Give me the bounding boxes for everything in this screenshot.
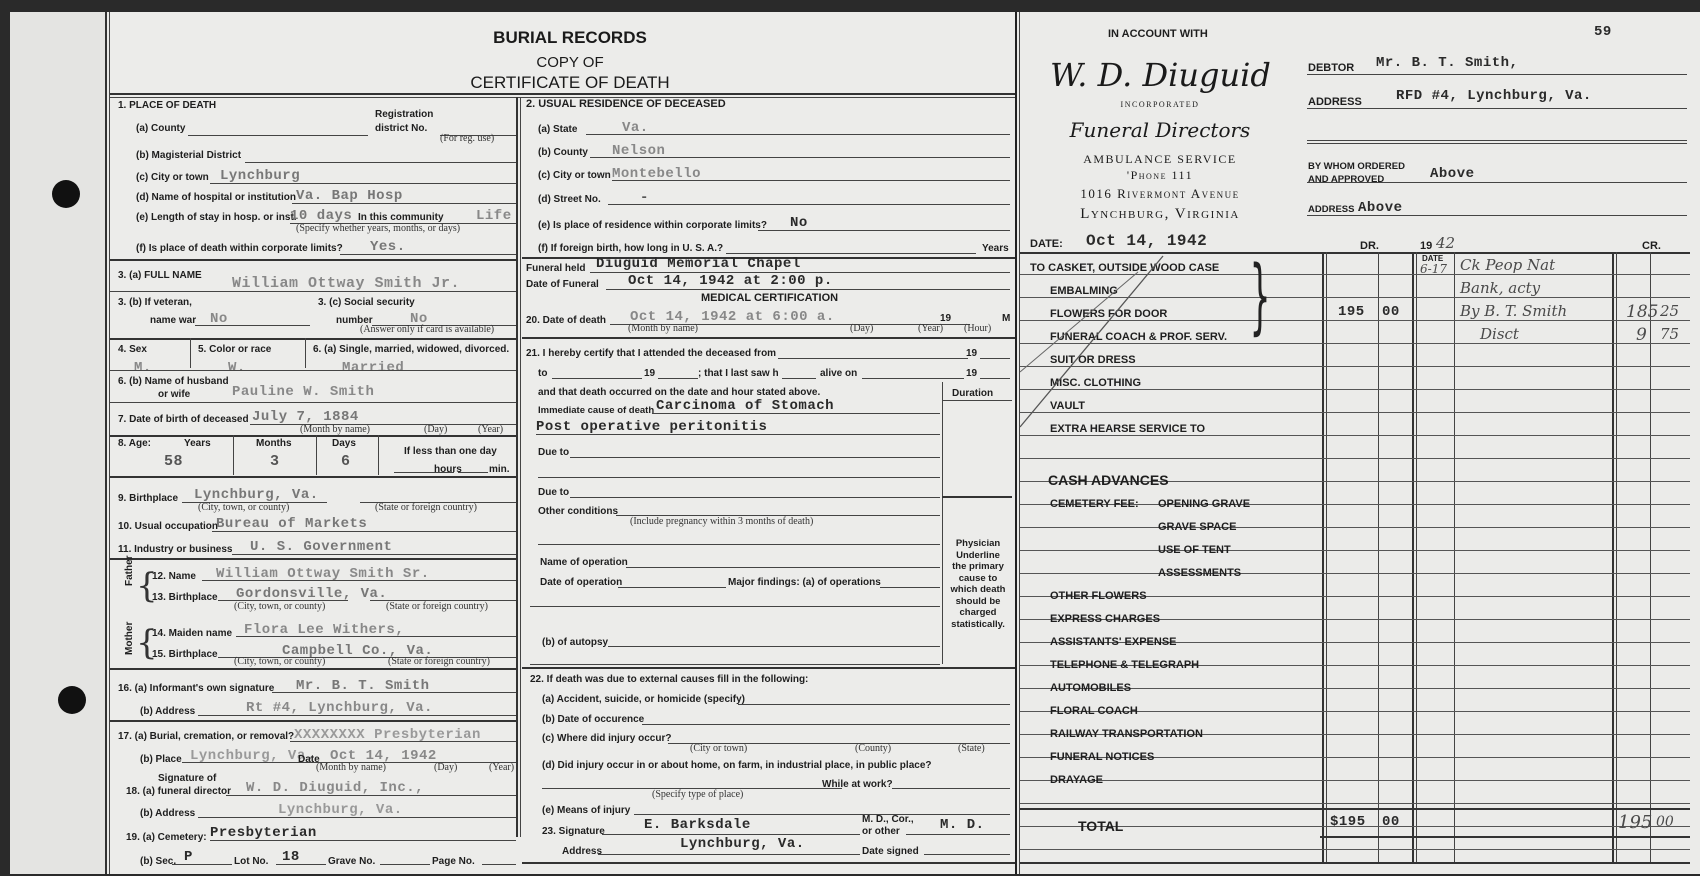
total-dollars: $195 <box>1330 814 1366 830</box>
cemetery-opening-grave: OPENING GRAVE <box>1158 498 1250 510</box>
cemetery-use-of-tent: USE OF TENT <box>1158 544 1231 556</box>
md-value: M. D. <box>940 817 985 833</box>
death-corporate-limits-value: Yes. <box>370 239 406 255</box>
occupation-value: Bureau of Markets <box>216 516 367 532</box>
cash-advances-heading: CASH ADVANCES <box>1048 472 1169 488</box>
copy-of-title: COPY OF <box>410 54 730 71</box>
race-value: W. <box>228 360 246 376</box>
industry-value: U. S. Government <box>250 539 392 555</box>
ordered-address-value: Above <box>1358 200 1403 216</box>
other-flowers: OTHER FLOWERS <box>1050 590 1147 602</box>
place-of-death-heading: 1. PLACE OF DEATH <box>118 100 216 111</box>
total-credit-cents: 00 <box>1656 814 1674 830</box>
total-cents: 00 <box>1382 814 1400 830</box>
funeral-date-value: Oct 14, 1942 at 2:00 p. <box>628 273 833 289</box>
credit-note-1: Ck Peop Nat <box>1460 256 1555 274</box>
debtor-address-value: RFD #4, Lynchburg, Va. <box>1396 88 1592 104</box>
physician-address-value: Lynchburg, Va. <box>680 836 805 852</box>
age-years-value: 58 <box>164 453 183 470</box>
express-charges: EXPRESS CHARGES <box>1050 613 1160 625</box>
credit-note-2: Bank, acty <box>1460 279 1540 297</box>
marital-status-value: Married <box>342 360 404 376</box>
punch-hole-bottom <box>58 686 86 714</box>
full-name-value: William Ottway Smith Jr. <box>232 275 460 292</box>
father-label: Father <box>124 555 135 586</box>
informant-address-value: Rt #4, Lynchburg, Va. <box>246 700 433 716</box>
credit-date-value: 6-17 <box>1420 262 1447 276</box>
grouping-brace: } <box>1250 256 1271 338</box>
strike-through-lines <box>1018 252 1168 432</box>
floral-coach: FLORAL COACH <box>1050 705 1138 717</box>
charge-cents: 00 <box>1382 304 1400 320</box>
certificate-title: CERTIFICATE OF DEATH <box>410 73 730 93</box>
lot-value: 18 <box>282 849 300 865</box>
physician-note: Physician Underline the primary cause to… <box>944 538 1012 630</box>
debtor-value: Mr. B. T. Smith, <box>1376 55 1518 71</box>
hospital-value: Va. Bap Hosp <box>296 188 403 204</box>
county-field[interactable] <box>188 135 368 136</box>
cemetery-value: Presbyterian <box>210 825 317 841</box>
binder-margin <box>10 12 105 874</box>
charge-dollars: 195 <box>1338 304 1365 320</box>
medical-certification-heading: MEDICAL CERTIFICATION <box>701 292 838 304</box>
credit-amount-1-dollars: 185 <box>1626 302 1658 322</box>
birthplace-value: Lynchburg, Va. <box>194 487 319 503</box>
telephone-telegraph: TELEPHONE & TELEGRAPH <box>1050 659 1199 671</box>
account-year-suffix: 42 <box>1436 234 1455 252</box>
section-value: P <box>184 849 193 865</box>
page-number: 59 <box>1594 24 1612 40</box>
secondary-cause-value: Post operative peritonitis <box>536 419 767 435</box>
funeral-place-value: Diuguid Memorial Chapel <box>596 256 801 272</box>
funeral-director-address-value: Lynchburg, Va. <box>278 802 403 818</box>
punch-hole-top <box>52 180 80 208</box>
cemetery-grave-space: GRAVE SPACE <box>1158 521 1236 533</box>
residence-heading: 2. USUAL RESIDENCE OF DECEASED <box>526 98 726 110</box>
railway-transportation: RAILWAY TRANSPORTATION <box>1050 728 1203 740</box>
external-causes-heading: 22. If death was due to external causes … <box>530 674 808 685</box>
community-value: Life <box>476 208 512 224</box>
funeral-director-value: W. D. Diuguid, Inc., <box>246 780 424 796</box>
automobiles: AUTOMOBILES <box>1050 682 1131 694</box>
credit-note-3: By B. T. Smith <box>1460 302 1567 320</box>
stay-length-value: 10 days <box>290 208 352 224</box>
total-credit: 195 <box>1618 812 1652 833</box>
date-of-birth-value: July 7, 1884 <box>252 409 359 425</box>
in-account-with: IN ACCOUNT WITH <box>1108 28 1208 40</box>
credit-amount-1-cents: 25 <box>1660 302 1679 320</box>
company-name: W. D. Diuguid <box>1050 56 1270 94</box>
account-date-value: Oct 14, 1942 <box>1086 232 1207 250</box>
physician-signature-value: E. Barksdale <box>644 817 751 833</box>
ordered-by-value: Above <box>1430 166 1475 182</box>
death-city-value: Lynchburg <box>220 168 300 184</box>
company-tagline: Funeral Directors <box>1060 118 1260 142</box>
spouse-value: Pauline W. Smith <box>232 384 374 400</box>
residence-corporate-limits-value: No <box>790 215 808 231</box>
credit-amount-2-cents: 75 <box>1660 325 1679 343</box>
age-months-value: 3 <box>270 453 280 470</box>
burial-records-title: BURIAL RECORDS <box>410 28 730 48</box>
cemetery-assessments: ASSESSMENTS <box>1158 567 1241 579</box>
assistants-expense: ASSISTANTS' EXPENSE <box>1050 636 1177 648</box>
sex-value: M. <box>134 360 152 376</box>
credit-amount-2-dollars: 9 <box>1636 325 1647 345</box>
credit-note-4: Disct <box>1480 325 1519 343</box>
funeral-notices: FUNERAL NOTICES <box>1050 751 1154 763</box>
drayage: DRAYAGE <box>1050 774 1103 786</box>
age-days-value: 6 <box>341 453 351 470</box>
magisterial-district-field[interactable] <box>245 162 516 163</box>
total-label: TOTAL <box>1078 818 1123 834</box>
mother-label: Mother <box>124 622 135 655</box>
immediate-cause-value: Carcinoma of Stomach <box>656 398 834 414</box>
